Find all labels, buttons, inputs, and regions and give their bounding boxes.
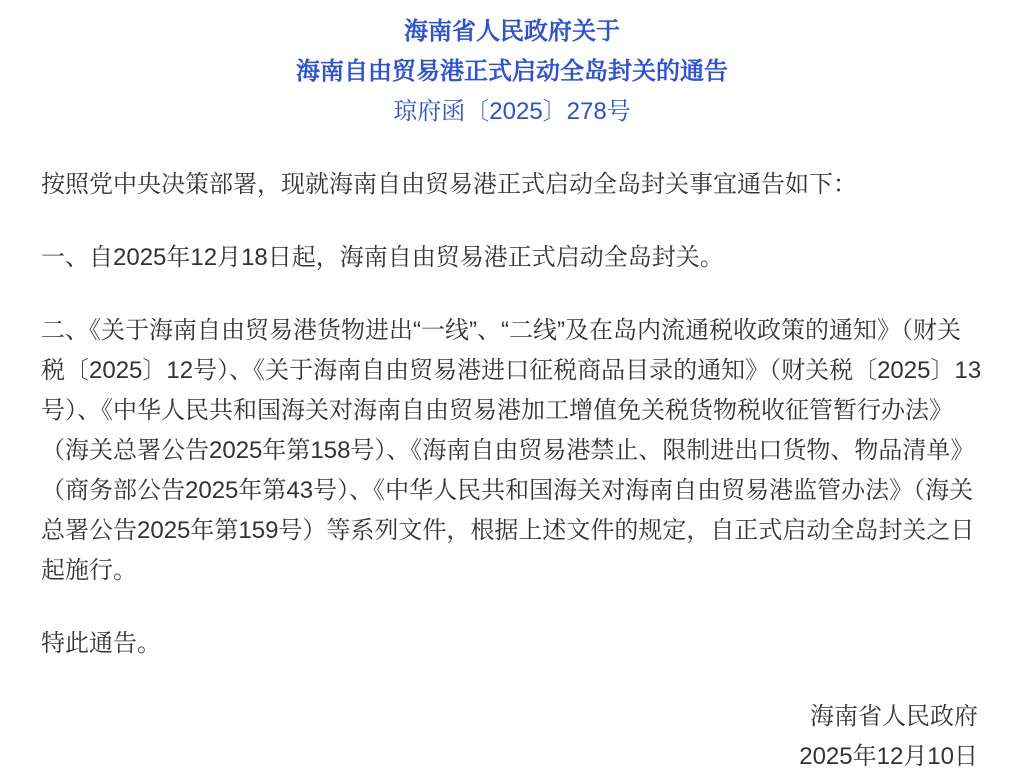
doc-title-line2: 海南自由贸易港正式启动全岛封关的通告	[41, 52, 983, 92]
doc-header: 海南省人民政府关于 海南自由贸易港正式启动全岛封关的通告 琼府函〔2025〕27…	[41, 12, 983, 132]
signature-issuer: 海南省人民政府	[41, 697, 978, 737]
doc-signature: 海南省人民政府 2025年12月10日	[41, 697, 983, 777]
notice-paragraph-item1: 一、自2025年12月18日起，海南自由贸易港正式启动全岛封关。	[41, 238, 983, 278]
government-notice-document: 海南省人民政府关于 海南自由贸易港正式启动全岛封关的通告 琼府函〔2025〕27…	[0, 0, 1024, 783]
notice-paragraph-closing: 特此通告。	[41, 624, 983, 664]
doc-title-line1: 海南省人民政府关于	[41, 12, 983, 52]
notice-paragraph-item2: 二、《关于海南自由贸易港货物进出“一线”、“二线”及在岛内流通税收政策的通知》（…	[41, 311, 983, 591]
doc-body: 按照党中央决策部署，现就海南自由贸易港正式启动全岛封关事宜通告如下： 一、自20…	[41, 165, 983, 664]
doc-number: 琼府函〔2025〕278号	[41, 92, 983, 132]
doc-title: 海南省人民政府关于 海南自由贸易港正式启动全岛封关的通告	[41, 12, 983, 92]
signature-date: 2025年12月10日	[41, 737, 978, 777]
notice-paragraph-intro: 按照党中央决策部署，现就海南自由贸易港正式启动全岛封关事宜通告如下：	[41, 165, 983, 205]
